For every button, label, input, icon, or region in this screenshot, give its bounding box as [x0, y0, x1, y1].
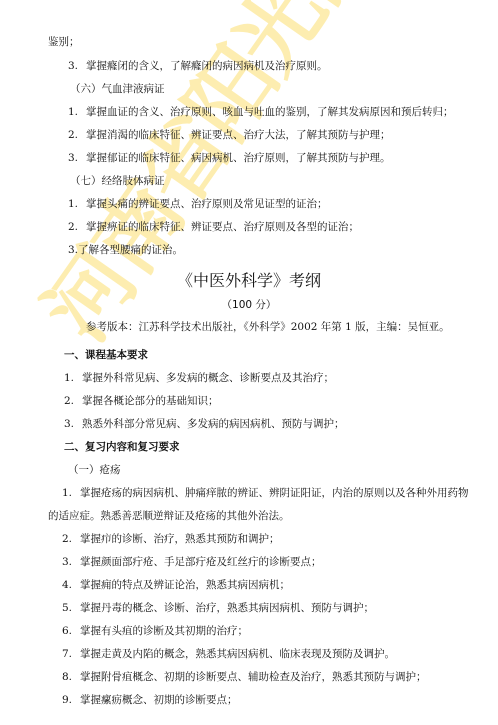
list-item: 6.掌握有头疽的诊断及其初期的治疗； — [62, 624, 248, 638]
list-item: 1.掌握血证的含义、治疗原则、咳血与吐血的鉴别，了解其发病原因和预后转归； — [68, 105, 454, 119]
list-item: 2.掌握各概论部分的基础知识； — [64, 394, 219, 408]
list-item: 3.熟悉外科部分常见病、多发病的病因病机、预防与调护； — [64, 417, 345, 431]
reference-edition: 参考版本：江苏科学技术出版社，《外科学》2002 年第 1 版，主编：吴恒亚。 — [86, 320, 450, 334]
syllabus-title: 《中医外科学》考纲 — [0, 268, 498, 291]
list-item: 5.掌握丹毒的概念、诊断、治疗，熟悉其病因病机、预防与调护； — [62, 601, 374, 615]
list-item: 1.掌握头痛的辨证要点、治疗原则及常见证型的证治； — [68, 197, 328, 211]
list-item: 9.掌握瘰疬概念、初期的诊断要点； — [62, 693, 238, 707]
document-page: 河南省阳光高考 鉴别； 3.掌握癃闭的含义，了解癃闭的病因病机及治疗原则。 （六… — [0, 0, 498, 725]
list-item: 3.掌握郁证的临床特征、病因病机、治疗原则，了解其预防与护理。 — [68, 151, 391, 165]
subsection-heading: （一）疮疡 — [68, 463, 121, 477]
list-item: 3.掌握癃闭的含义，了解癃闭的病因病机及治疗原则。 — [68, 59, 328, 73]
subsection-heading: （七）经络肢体病证 — [70, 174, 165, 188]
list-item: 1.掌握疮疡的病因病机、肿痛痒脓的辨证、辨阴证阳证，内治的原则以及各种外用药物 — [62, 486, 469, 500]
list-item: 1.掌握外科常见病、多发病的概念、诊断要点及其治疗； — [64, 371, 334, 385]
list-item-continuation: 的适应症。熟悉善恶顺逆辩证及疮疡的其他外治法。 — [48, 509, 290, 523]
list-item: 2.掌握疖的诊断、治疗，熟悉其预防和调护； — [62, 532, 280, 546]
list-item: 8.掌握附骨疽概念、初期的诊断要点、辅助检查及治疗，熟悉其预防与调护； — [62, 670, 427, 684]
continuation-text: 鉴别； — [48, 35, 80, 49]
list-item: 3.了解各型腰痛的证治。 — [68, 243, 183, 257]
score-label: （100 分） — [0, 297, 498, 312]
subsection-heading: （六）气血津液病证 — [70, 82, 165, 96]
section-heading: 一、课程基本要求 — [64, 348, 148, 362]
list-item: 3.掌握颜面部疔疮、手足部疔疮及红丝疔的诊断要点； — [62, 555, 322, 569]
list-item: 7.掌握走黄及内陷的概念，熟悉其病因病机、临床表现及预防及调护。 — [62, 647, 395, 661]
list-item: 2.掌握痹证的临床特征、辨证要点、治疗原则及各型的证治； — [68, 220, 359, 234]
section-heading: 二、复习内容和复习要求 — [64, 440, 180, 454]
list-item: 2.掌握消渴的临床特征、辨证要点、治疗大法，了解其预防与护理； — [68, 128, 391, 142]
list-item: 4.掌握痈的特点及辨证论治，熟悉其病因病机； — [62, 578, 290, 592]
